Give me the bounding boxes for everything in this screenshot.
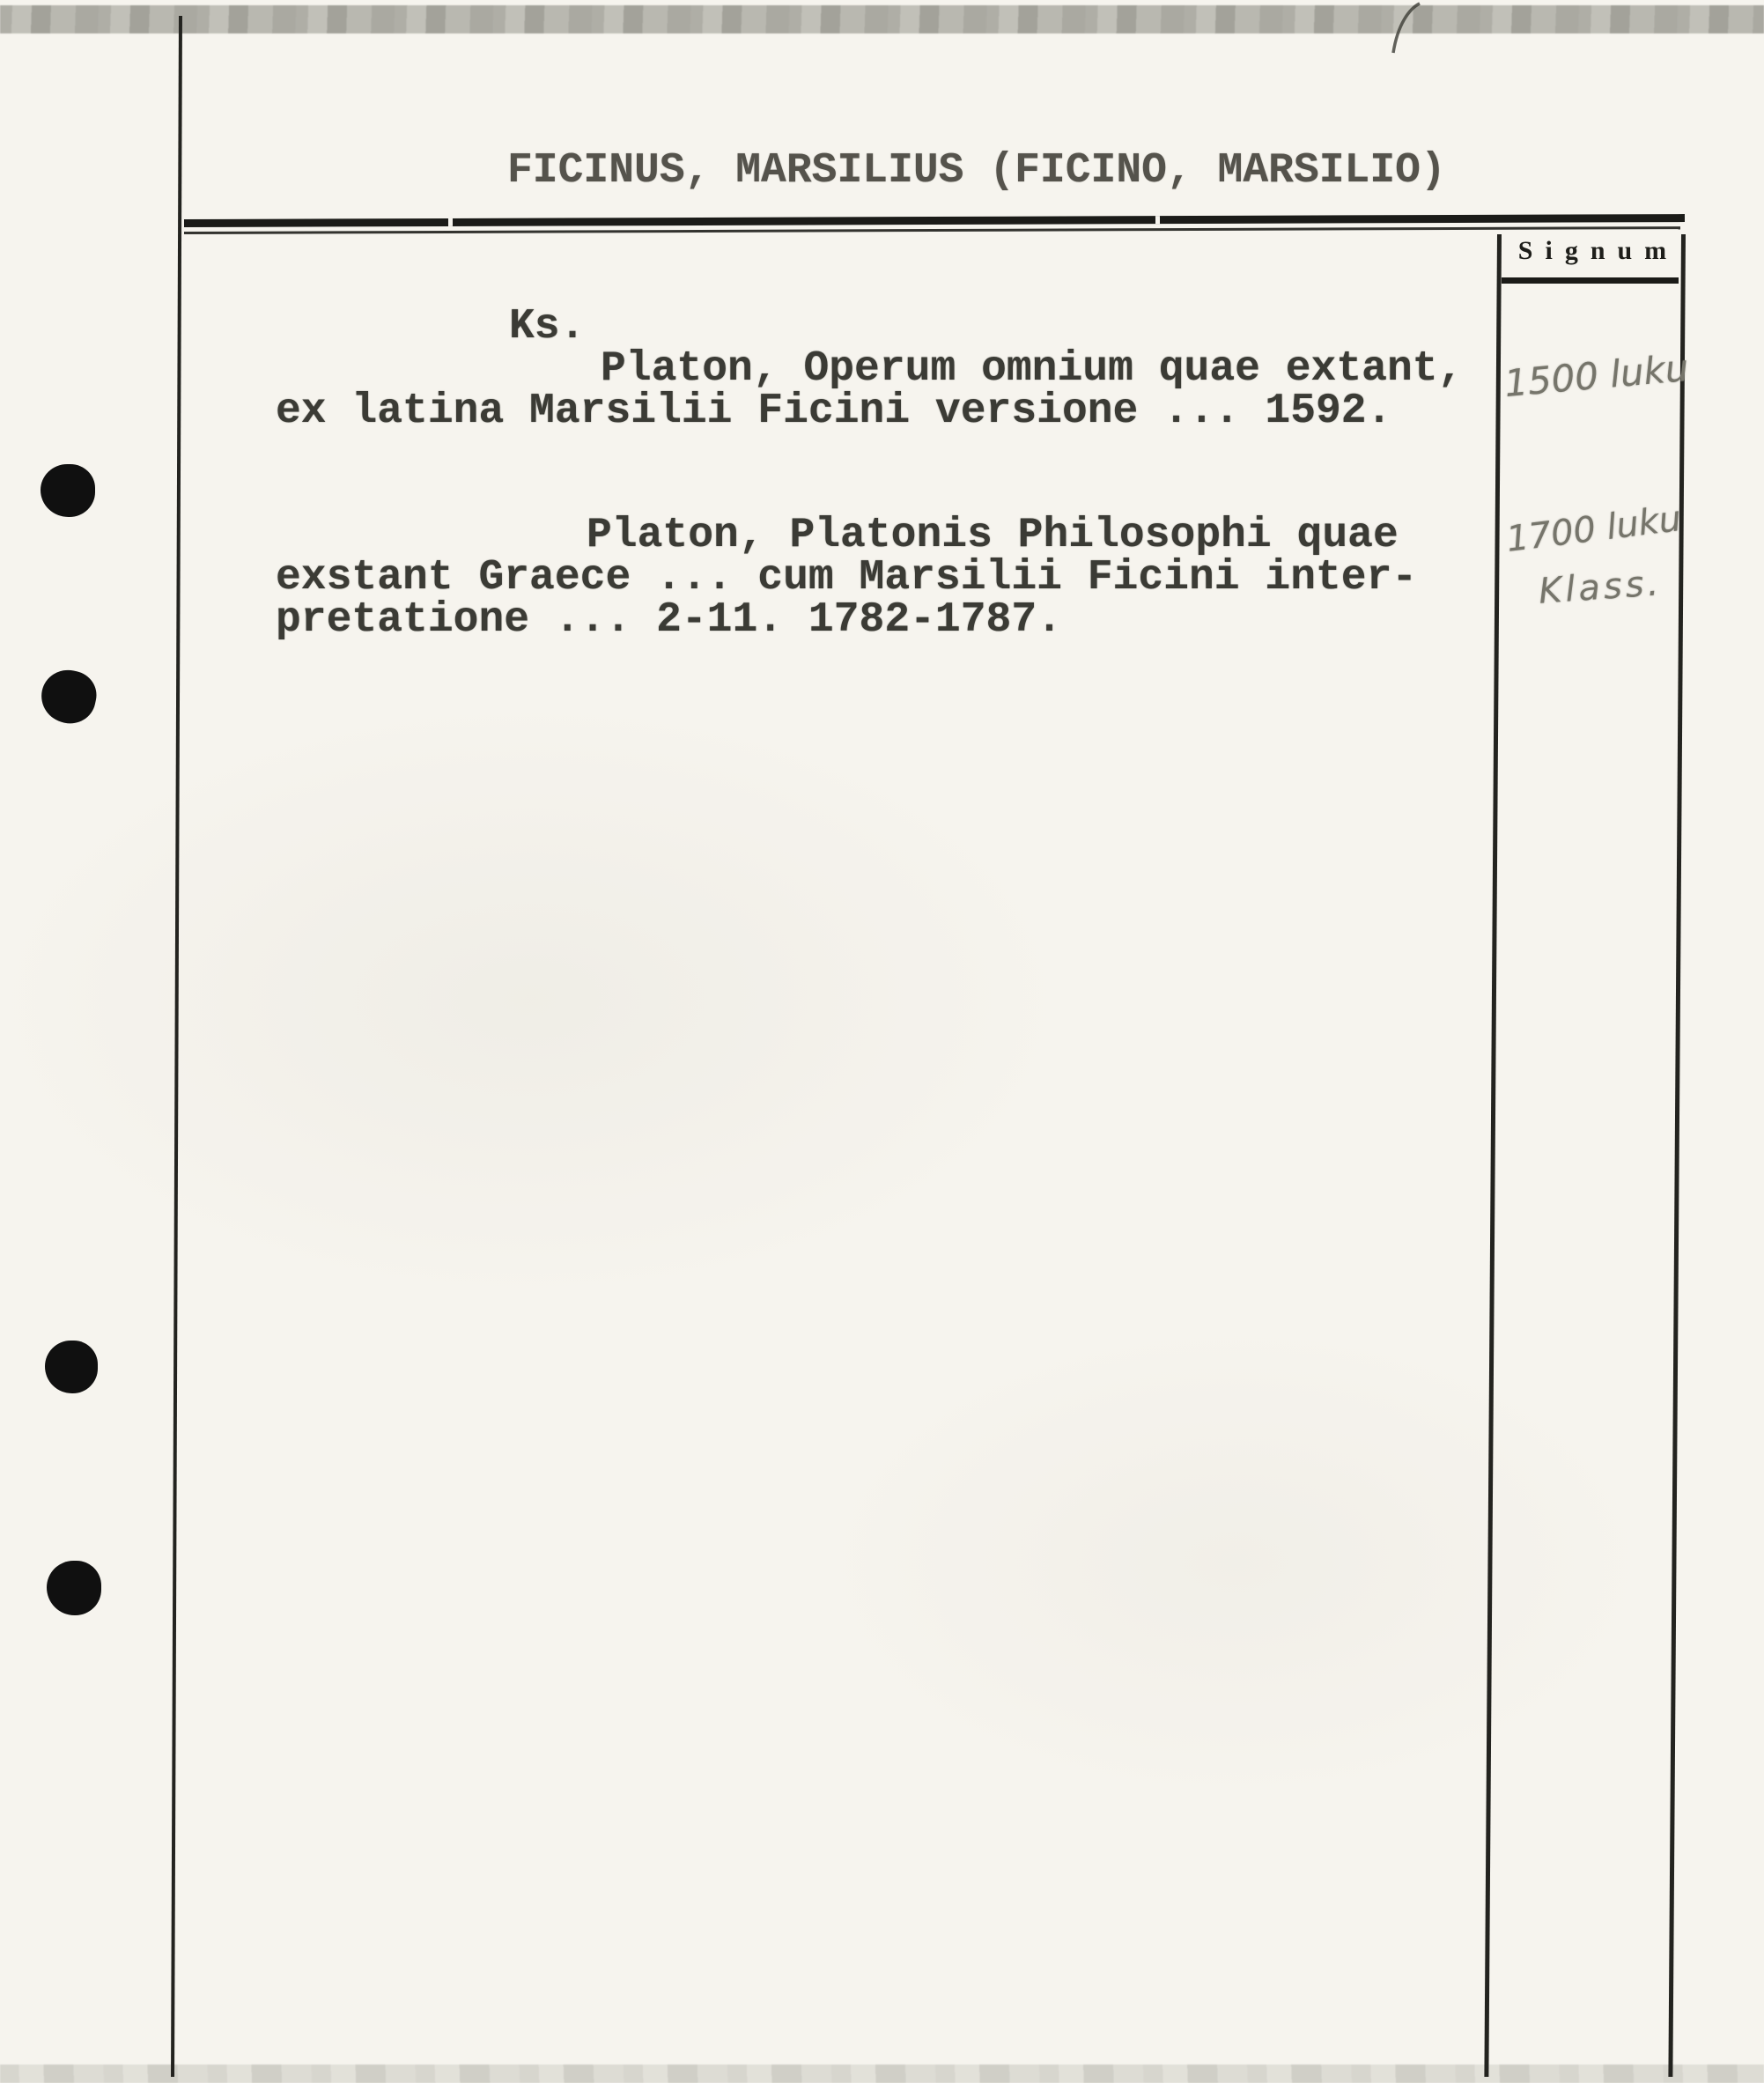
- scan-edge-band-top: [0, 5, 1764, 33]
- punch-hole-dot: [41, 464, 95, 517]
- signum-handwritten-entry: 1500 luku: [1502, 346, 1690, 405]
- signum-handwritten-note: Klass.: [1538, 563, 1664, 612]
- entry-line: pretatione ... 2-11. 1782-1787.: [276, 599, 1062, 641]
- entry-line: ex latina Marsilii Ficini versione ... 1…: [276, 390, 1391, 432]
- catalog-card-scan: Signum FICINUS, MARSILIUS (FICINO, MARSI…: [0, 0, 1764, 2083]
- signum-column-left-border: [1484, 234, 1502, 2077]
- entry-line: exstant Graece ... cum Marsilii Ficini i…: [276, 557, 1417, 599]
- header-rule-thick: [184, 214, 1685, 227]
- punch-hole-dot: [45, 1341, 98, 1393]
- card-title: FICINUS, MARSILIUS (FICINO, MARSILIO): [507, 150, 1446, 192]
- pen-stroke-mark: [1374, 0, 1436, 58]
- signum-column-header: Signum: [1502, 236, 1683, 266]
- scan-edge-band-bottom: [0, 2065, 1764, 2083]
- entry-collection-mark: Ks.: [509, 306, 585, 348]
- rule-break: [1155, 216, 1160, 224]
- rule-break: [448, 218, 453, 226]
- entry-line: Platon, Platonis Philosophi quae: [587, 514, 1399, 557]
- card-left-border-line: [171, 16, 182, 2077]
- entry-line: Platon, Operum omnium quae extant,: [601, 348, 1463, 390]
- header-rule-thin: [184, 226, 1680, 234]
- punch-hole-dot: [36, 665, 100, 728]
- signum-header-underline: [1502, 277, 1679, 284]
- signum-handwritten-entry: 1700 luku: [1504, 499, 1684, 560]
- punch-hole-dot: [47, 1561, 101, 1615]
